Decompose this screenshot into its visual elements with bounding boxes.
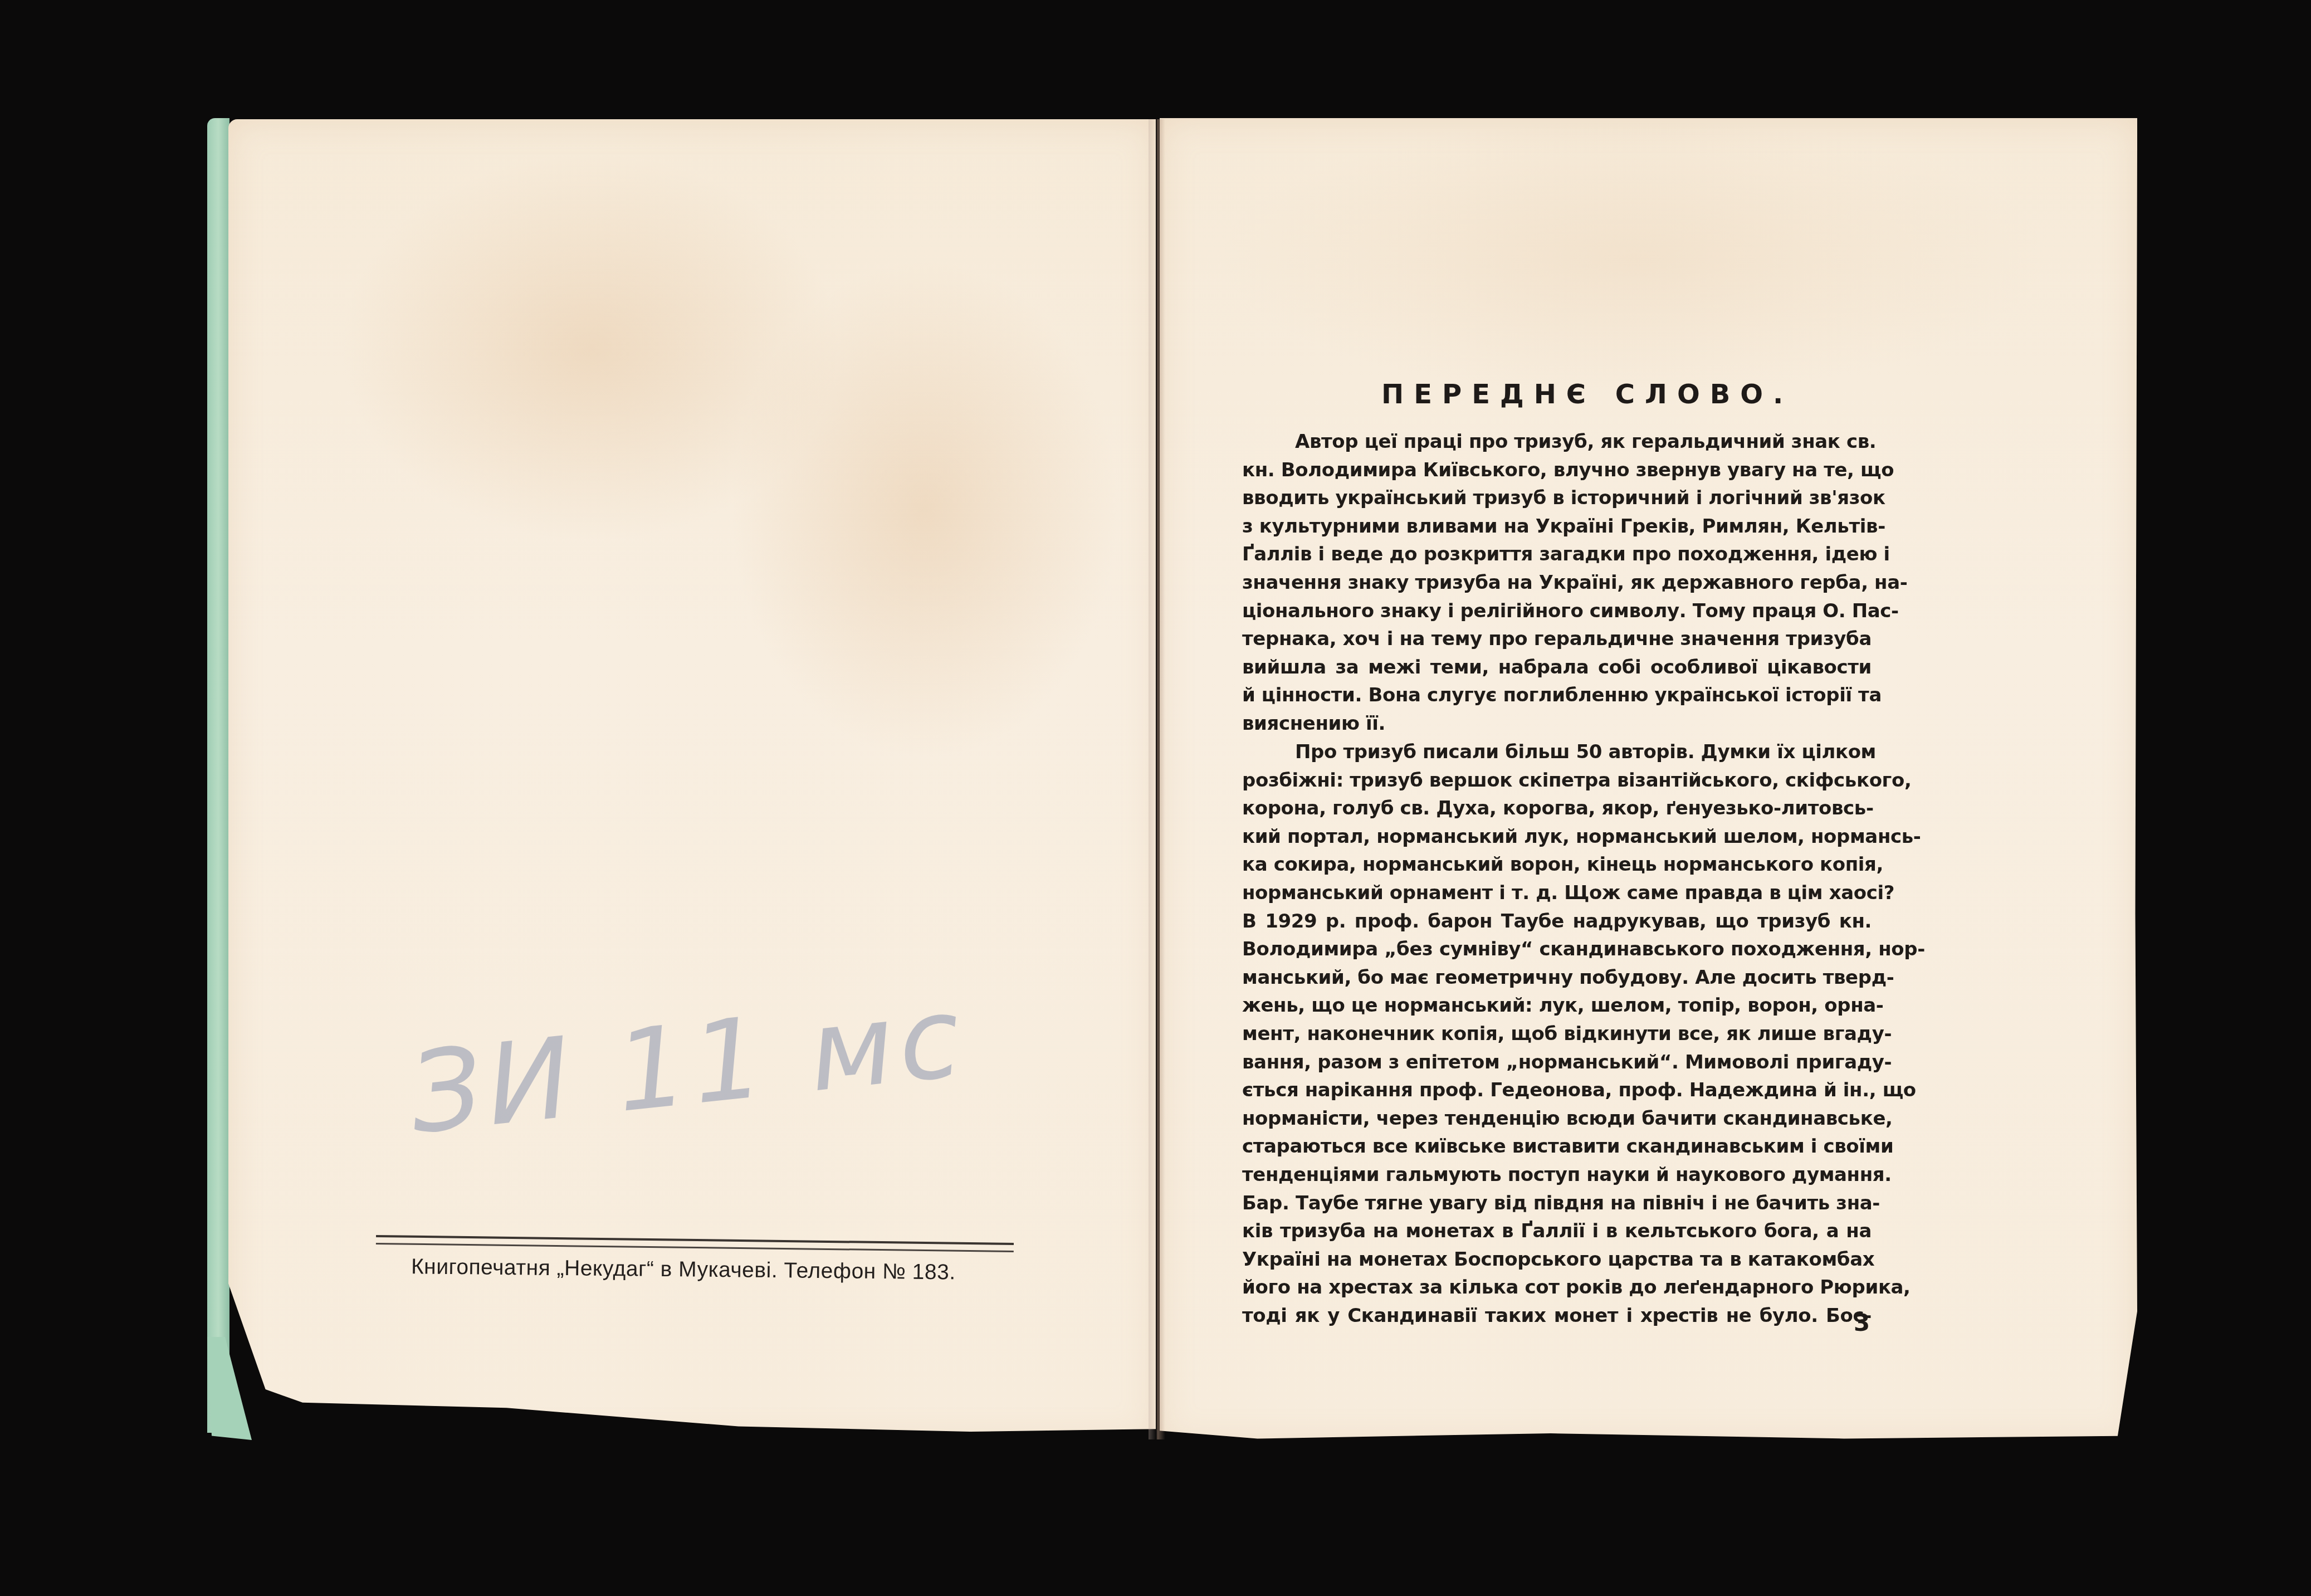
book-gutter	[1149, 119, 1165, 1439]
text-line: Про тризуб писали більш 50 авторів. Думк…	[1242, 738, 1872, 767]
text-line: кн. Володимира Київського, влучно зверну…	[1242, 456, 1872, 485]
text-line: й цінности. Вона слугує поглибленню укра…	[1242, 681, 1872, 710]
text-line: корона, голуб св. Духа, корогва, якор, ґ…	[1242, 794, 1872, 823]
text-line: В 1929 р. проф. барон Таубе надрукував, …	[1242, 907, 1872, 936]
text-line: значення знаку тризуба на Україні, як де…	[1242, 569, 1872, 597]
text-line: Бар. Таубе тягне увагу від півдня на пів…	[1242, 1189, 1872, 1218]
text-line: вийшла за межі теми, набрала собі особли…	[1242, 653, 1872, 682]
page-number: 3	[1854, 1309, 1870, 1336]
bleed-through-shadow	[1215, 118, 2051, 397]
text-line: вання, разом з епітетом „норманський“. М…	[1242, 1048, 1872, 1077]
text-line: його на хрестах за кілька сот років до л…	[1242, 1273, 1872, 1302]
text-line: нормaністи, через тенденцію всюди бачити…	[1242, 1105, 1872, 1133]
text-line: тенденціями гальмують поступ науки й нау…	[1242, 1161, 1872, 1189]
text-line: стараються все київське виставити сканди…	[1242, 1133, 1872, 1161]
text-line: жень, що це норманський: лук, шелом, топ…	[1242, 992, 1872, 1020]
text-line: вияснению її.	[1242, 710, 1872, 738]
text-line: мент, наконечник копія, щоб відкинути вс…	[1242, 1020, 1872, 1048]
text-line: ється нарікання проф. Гедеонова, проф. Н…	[1242, 1076, 1872, 1105]
text-line: Ґаллів і веде до розкриття загадки про п…	[1242, 540, 1872, 569]
page-title: ПЕРЕДНЄ СЛОВО.	[1381, 379, 1771, 410]
text-line: вводить український тризуб в історичний …	[1242, 484, 1872, 513]
paragraph-2: Про тризуб писали більш 50 авторів. Думк…	[1242, 738, 1872, 1330]
green-cover-corner	[207, 1337, 252, 1440]
text-line: манський, бо має геометричну побудову. А…	[1242, 964, 1872, 992]
text-line: тернака, хоч і на тему про геральдичне з…	[1242, 625, 1872, 653]
text-line: ків тризуба на монетах в Ґаллії і в кель…	[1242, 1217, 1872, 1246]
text-line: ка сокира, норманський ворон, кінець нор…	[1242, 851, 1872, 879]
paragraph-1: Автор цеї праці про тризуб, як геральдич…	[1242, 428, 1872, 738]
text-line: з культурними вливами на Україні Греків,…	[1242, 513, 1872, 541]
text-line: Володимира „без сумніву“ скандинавського…	[1242, 935, 1872, 964]
text-line: Україні на монетах Боспорського царства …	[1242, 1246, 1872, 1274]
water-stain	[730, 258, 1120, 760]
text-line: ціонального знаку і релігійного символу.…	[1242, 597, 1872, 626]
text-line: кий портал, норманський лук, норманський…	[1242, 823, 1872, 851]
text-line: норманський орнамент і т. д. Щож саме пр…	[1242, 879, 1872, 907]
text-line: тоді як у Скандинавії таких монет і хрес…	[1242, 1302, 1872, 1330]
text-line: Автор цеї праці про тризуб, як геральдич…	[1242, 428, 1872, 456]
text-line: розбіжні: тризуб вершок скіпетра візанті…	[1242, 767, 1872, 795]
green-cover-edge	[207, 118, 229, 1433]
